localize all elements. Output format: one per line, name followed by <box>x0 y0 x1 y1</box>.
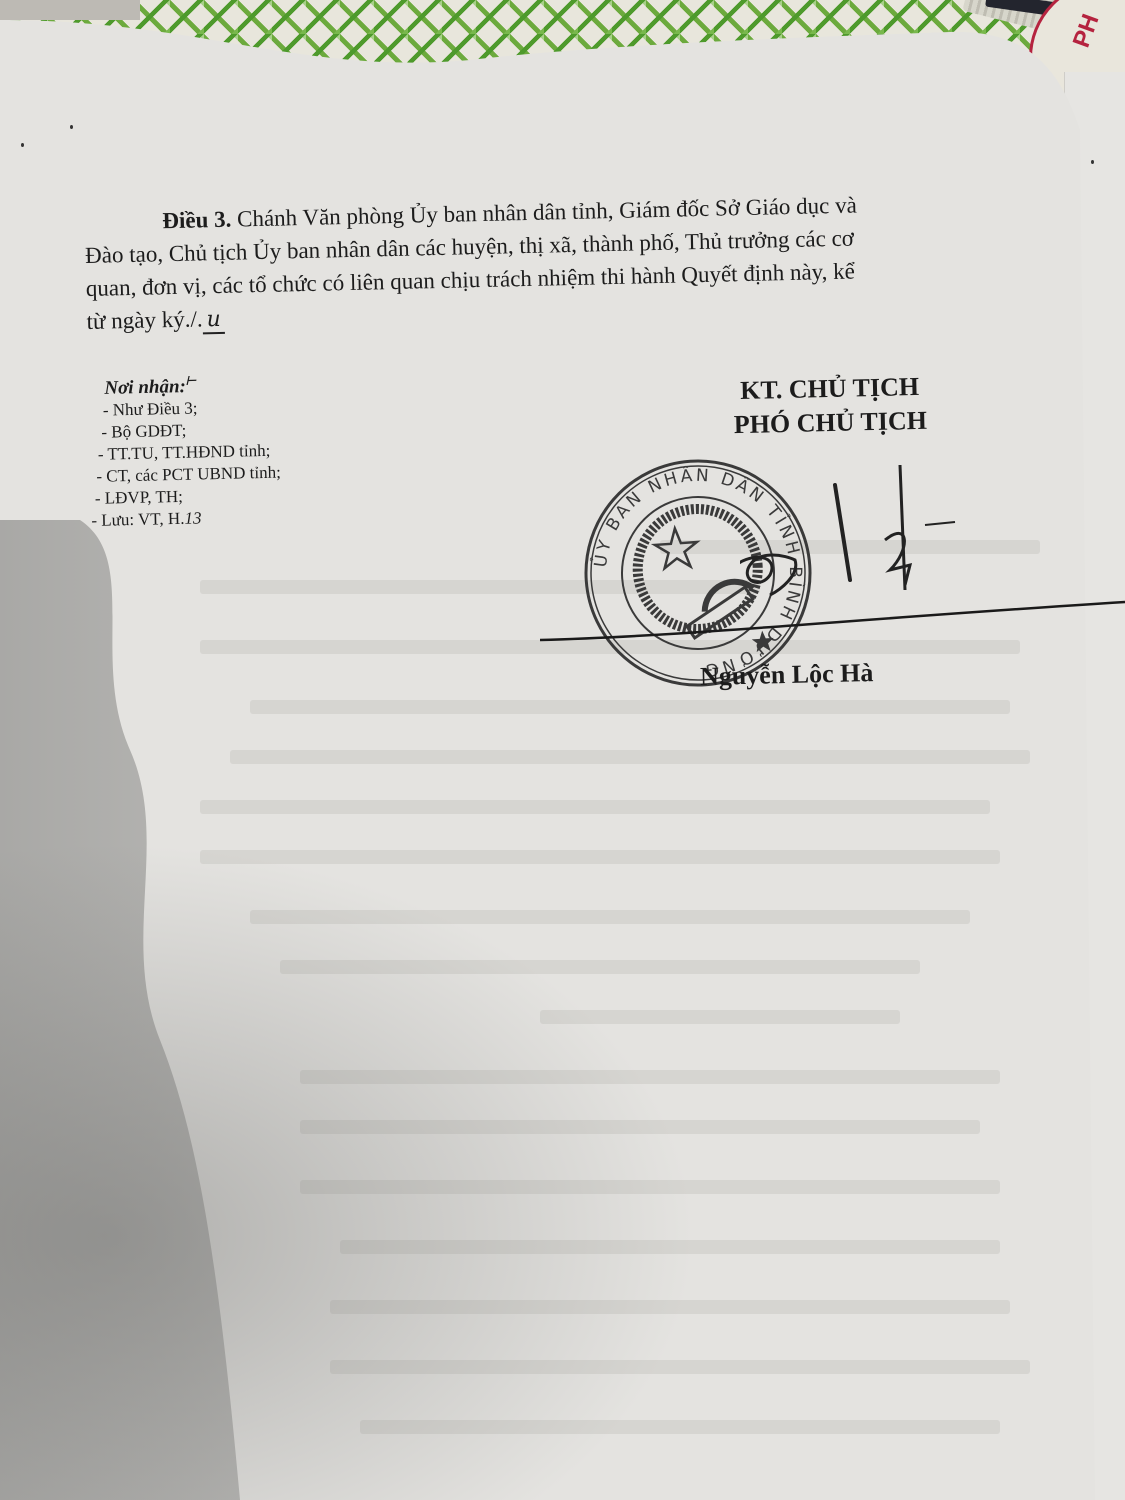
handwritten-signature <box>740 460 1000 610</box>
show-through-line <box>250 700 1010 714</box>
article-heading: Điều 3. <box>162 207 232 234</box>
recipients-block: Nơi nhận:⊢ - Như Điều 3; - Bộ GDĐT; - TT… <box>86 365 390 532</box>
handwritten-initials: u <box>202 307 225 334</box>
recipients-list: - Như Điều 3; - Bộ GDĐT; - TT.TU, TT.HĐN… <box>87 394 390 533</box>
show-through-line <box>330 1300 1010 1314</box>
recipient-item: - Lưu: VT, H. <box>91 509 185 530</box>
signer-name: Nguyễn Lộc Hà <box>700 658 874 692</box>
recipients-mark: ⊢ <box>186 374 197 388</box>
show-through-line <box>300 1120 980 1134</box>
paper-speck <box>21 143 24 147</box>
handwritten-count: 13 <box>184 509 201 528</box>
paper-speck <box>70 125 73 129</box>
show-through-line <box>280 960 920 974</box>
show-through-line <box>540 1010 900 1024</box>
show-through-line <box>200 850 1000 864</box>
paper-speck <box>1091 160 1094 164</box>
show-through-line <box>300 1180 1000 1194</box>
show-through-line <box>300 1070 1000 1084</box>
show-through-line <box>330 1360 1030 1374</box>
article-3: Điều 3. Chánh Văn phòng Ủy ban nhân dân … <box>84 183 1097 339</box>
show-through-line <box>200 800 990 814</box>
badge-text: PH <box>1068 11 1106 52</box>
show-through-line <box>340 1240 1000 1254</box>
show-through-line <box>360 1420 1000 1434</box>
show-through-line <box>250 910 970 924</box>
signature-stroke-line <box>540 600 1125 650</box>
signer-line-2: PHÓ CHỦ TỊCH <box>690 403 971 443</box>
grey-strip <box>0 0 140 20</box>
show-through-line <box>230 750 1030 764</box>
recipients-title: Nơi nhận: <box>104 376 186 399</box>
article-line: từ ngày ký./. <box>86 306 203 334</box>
signer-title: KT. CHỦ TỊCH PHÓ CHỦ TỊCH <box>689 369 970 443</box>
